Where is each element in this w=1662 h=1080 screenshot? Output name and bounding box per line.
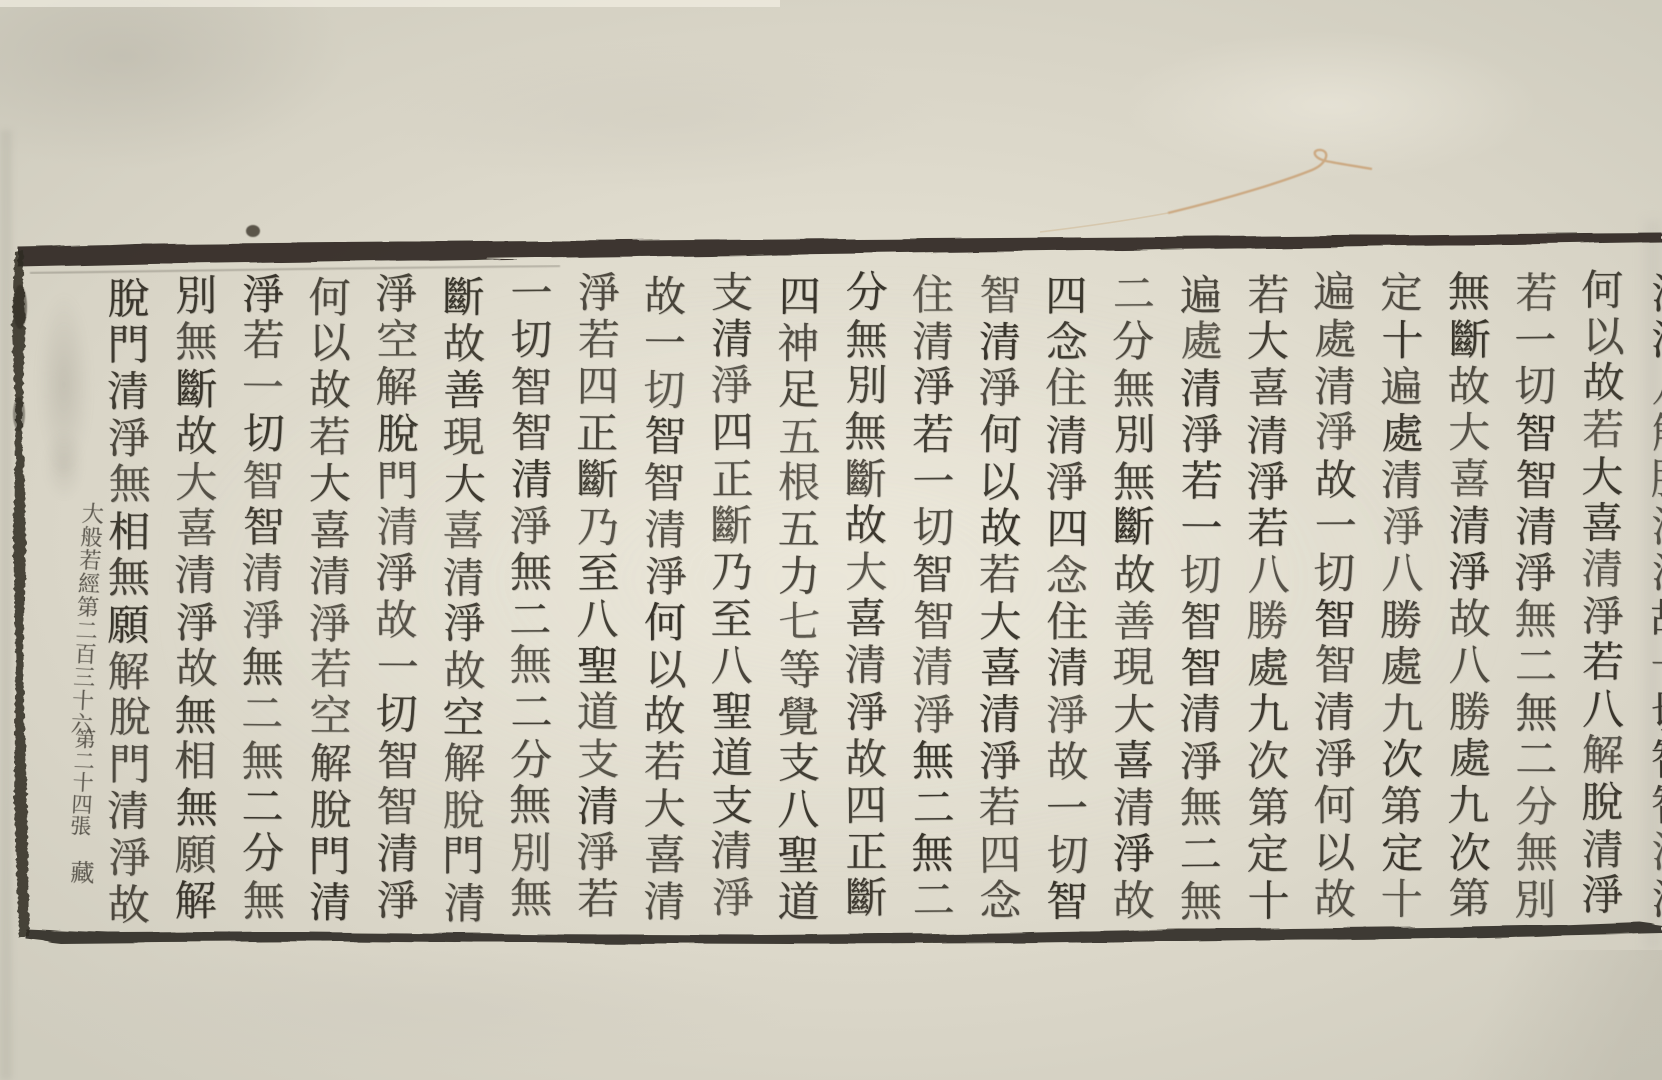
glyph: 故 — [1570, 360, 1632, 407]
glyph: 以 — [965, 459, 1027, 506]
glyph: 故 — [832, 736, 894, 783]
glyph: 遍 — [1167, 272, 1229, 319]
paper-stain — [20, 950, 780, 1070]
glyph: 分 — [1502, 784, 1565, 831]
glyph: 無 — [1167, 879, 1229, 926]
glyph: 力 — [765, 553, 828, 600]
glyph: 十 — [1235, 878, 1297, 925]
glyph: 乃 — [564, 504, 626, 551]
glyph: 清 — [966, 692, 1028, 739]
glyph: 淨 — [966, 738, 1028, 785]
glyph: 淨 — [362, 551, 424, 598]
paper-highlight — [0, 0, 780, 7]
glyph: 何 — [966, 412, 1029, 459]
glyph: 八 — [1234, 553, 1296, 600]
glyph: 清 — [1639, 830, 1662, 877]
glyph: 五 — [765, 507, 827, 554]
glyph: 智 — [631, 413, 693, 460]
glyph: 切 — [899, 505, 961, 552]
glyph: 切 — [1166, 553, 1228, 600]
glyph: 清 — [899, 644, 961, 691]
glyph: 智 — [498, 410, 560, 457]
glyph: 淨 — [1166, 739, 1228, 786]
glyph: 喜 — [429, 508, 491, 555]
glyph: 切 — [630, 368, 692, 415]
glyph: 清 — [698, 316, 760, 363]
glyph: 聖 — [698, 689, 760, 736]
glyph: 若 — [631, 739, 693, 786]
glyph: 五 — [766, 414, 828, 461]
glyph: 二 — [899, 785, 961, 832]
glyph: 一 — [631, 320, 693, 367]
glyph: 切 — [1638, 690, 1662, 737]
glyph: 淨 — [1301, 736, 1363, 783]
glyph: 故 — [1301, 877, 1363, 924]
glyph: 故 — [1637, 597, 1662, 644]
glyph: 無 — [228, 738, 290, 785]
glyph: 淨 — [1302, 410, 1364, 457]
glyph: 清 — [1638, 504, 1662, 551]
glyph: 大 — [1100, 691, 1163, 738]
glyph: 別 — [162, 273, 224, 320]
glyph: 別 — [832, 363, 894, 410]
glyph: 聖 — [764, 834, 826, 881]
glyph: 清 — [1166, 691, 1228, 738]
glyph: 一 — [229, 365, 291, 412]
glyph: 無 — [1099, 366, 1161, 413]
glyph: 住 — [1032, 366, 1094, 413]
glyph: 脫 — [95, 276, 157, 323]
glyph: 清 — [1638, 271, 1662, 318]
glyph: 分 — [229, 830, 291, 877]
glyph: 支 — [698, 270, 760, 317]
text-column: 遍處清淨故一切智智清淨何以故 — [1301, 270, 1363, 923]
glyph: 定 — [1367, 271, 1429, 318]
glyph: 無 — [162, 319, 224, 366]
glyph: 八 — [1435, 643, 1497, 690]
glyph: 二 — [1099, 271, 1161, 318]
glyph: 遍 — [1300, 270, 1362, 317]
glyph: 第 — [1235, 786, 1297, 833]
glyph: 九 — [1368, 691, 1430, 738]
glyph: 若 — [230, 318, 292, 365]
glyph: 淨 — [1639, 551, 1662, 598]
glyph: 一 — [1033, 786, 1095, 833]
glyph: 無 — [229, 644, 291, 691]
glyph: 勝 — [1435, 689, 1497, 736]
glyph: 別 — [1100, 412, 1163, 459]
glyph: 若 — [297, 647, 359, 694]
glyph: 清 — [1300, 690, 1362, 737]
glyph: 清 — [1368, 457, 1430, 504]
glyph: 智 — [1167, 645, 1229, 692]
glyph: 清 — [1033, 645, 1095, 692]
glyph: 一 — [497, 270, 559, 317]
glyph: 喜 — [1234, 365, 1297, 412]
glyph: 淨 — [1568, 593, 1630, 640]
glyph: 清 — [1568, 546, 1630, 593]
glyph: 定 — [1368, 830, 1430, 877]
paper-stain — [0, 0, 350, 170]
fiber-stain — [1168, 150, 1372, 213]
glyph: 大 — [966, 599, 1028, 646]
glyph: 分 — [497, 737, 559, 784]
glyph: 解 — [1639, 411, 1662, 458]
glyph: 無 — [1503, 830, 1565, 877]
glyph: 清 — [631, 507, 693, 554]
glyph: 十 — [1368, 318, 1430, 365]
glyph: 淨 — [1639, 876, 1662, 923]
glyph: 智 — [630, 461, 692, 508]
glyph: 智 — [497, 364, 559, 411]
glyph: 無 — [832, 317, 894, 364]
glyph: 淨 — [1167, 412, 1229, 459]
glyph: 故 — [430, 321, 492, 368]
glyph: 二 — [1502, 736, 1564, 783]
glyph: 大 — [162, 460, 224, 507]
glyph: 無 — [1100, 459, 1163, 506]
glyph: 願 — [94, 603, 156, 650]
glyph: 十 — [1368, 877, 1430, 924]
glyph: 喜 — [163, 506, 225, 553]
glyph: 根 — [765, 460, 827, 507]
glyph: 喜 — [967, 645, 1029, 692]
glyph: 門 — [363, 458, 426, 505]
glyph: 清 — [1502, 504, 1564, 551]
glyph: 故 — [1100, 878, 1162, 925]
text-column: 支清淨四正斷乃至八聖道支清淨 — [698, 270, 760, 923]
glyph: 淨 — [363, 878, 425, 925]
left-border — [12, 250, 29, 938]
paper-stain — [380, 40, 940, 190]
glyph: 處 — [1168, 319, 1230, 366]
glyph: 道 — [563, 690, 625, 737]
glyph: 淨 — [563, 830, 625, 877]
glyph: 九 — [1434, 783, 1496, 830]
glyph: 遍 — [1367, 365, 1429, 412]
glyph: 故 — [631, 274, 693, 321]
glyph: 故 — [1100, 552, 1162, 599]
glyph: 無 — [230, 878, 292, 925]
glyph: 二 — [900, 877, 962, 924]
glyph: 故 — [832, 503, 894, 550]
glyph: 淨 — [1033, 692, 1095, 739]
glyph: 淨 — [229, 272, 291, 319]
glyph: 斷 — [1100, 505, 1162, 552]
glyph: 支 — [564, 737, 626, 784]
text-column: 分無別無斷故大喜清淨故四正斷 — [832, 270, 894, 923]
glyph: 解 — [94, 649, 156, 696]
fiber-stain — [1040, 213, 1168, 232]
margin-note-case-mark: 藏 — [63, 859, 99, 884]
text-column: 二分無別無斷故善現大喜清淨故 — [1100, 272, 1162, 925]
ink-speck — [246, 225, 260, 237]
glyph: 淨 — [697, 363, 759, 410]
seal-smudge — [38, 295, 90, 475]
glyph: 九 — [1234, 692, 1296, 739]
glyph: 大 — [295, 461, 357, 508]
glyph: 淨 — [565, 270, 627, 317]
glyph: 若 — [564, 876, 626, 923]
paper-stain — [1120, 30, 1540, 180]
seal-smudge — [44, 430, 84, 500]
glyph: 八 — [1639, 364, 1662, 411]
glyph: 覺 — [764, 694, 826, 741]
glyph: 別 — [497, 831, 559, 878]
glyph: 智 — [898, 551, 960, 598]
paper-stain — [1420, 950, 1662, 1080]
glyph: 八 — [764, 787, 826, 834]
text-column: 四念住清淨四念住清淨故一切智 — [1033, 273, 1095, 926]
glyph: 清 — [430, 555, 492, 602]
glyph: 相 — [161, 739, 223, 786]
glyph: 智 — [1167, 599, 1229, 646]
glyph: 第 — [1367, 784, 1429, 831]
glyph: 七 — [765, 599, 827, 646]
glyph: 喜 — [631, 833, 693, 880]
glyph: 無 — [496, 783, 558, 830]
glyph: 門 — [96, 742, 158, 789]
text-column: 何以故若大喜清淨若八解脫清淨 — [1569, 267, 1631, 920]
glyph: 清 — [1167, 366, 1229, 413]
glyph: 無 — [899, 738, 961, 785]
glyph: 聖 — [564, 643, 626, 690]
glyph: 若 — [1502, 270, 1564, 317]
glyph: 善 — [1100, 599, 1162, 646]
glyph: 一 — [899, 458, 961, 505]
glyph: 四 — [831, 782, 893, 829]
glyph: 喜 — [832, 596, 894, 643]
glyph: 無 — [1502, 691, 1564, 738]
glyph: 清 — [296, 880, 358, 927]
text-column: 故一切智智清淨何以故若大喜清 — [631, 274, 693, 927]
glyph: 現 — [429, 414, 491, 461]
glyph: 斷 — [697, 503, 759, 550]
glyph: 次 — [1368, 737, 1430, 784]
text-column: 四神足五根五力七等覺支八聖道 — [765, 274, 827, 927]
glyph: 故 — [1302, 457, 1364, 504]
glyph: 清 — [94, 788, 156, 835]
glyph: 智 — [1033, 879, 1095, 926]
glyph: 勝 — [1367, 597, 1429, 644]
glyph: 二 — [497, 690, 559, 737]
glyph: 支 — [698, 783, 760, 830]
glyph: 清 — [363, 504, 425, 551]
glyph: 二 — [1166, 831, 1228, 878]
bottom-border — [26, 922, 1662, 944]
glyph: 若 — [1234, 272, 1296, 319]
glyph: 定 — [1233, 831, 1295, 878]
glyph: 門 — [94, 323, 156, 370]
glyph: 智 — [1301, 596, 1363, 643]
glyph: 故 — [1033, 740, 1095, 787]
glyph: 無 — [497, 876, 559, 923]
glyph: 清 — [1435, 503, 1497, 550]
glyph: 斷 — [563, 457, 625, 504]
glyph: 淨 — [362, 271, 424, 318]
glyph: 處 — [1436, 736, 1498, 783]
text-column: 一切智智清淨無二無二分無別無 — [497, 271, 559, 924]
glyph: 脫 — [364, 411, 426, 458]
glyph: 一 — [364, 644, 426, 691]
glyph: 智 — [364, 738, 426, 785]
glyph: 以 — [1300, 830, 1362, 877]
text-column: 若大喜清淨若八勝處九次第定十 — [1234, 273, 1296, 926]
glyph: 以 — [295, 320, 357, 367]
glyph: 至 — [564, 550, 627, 597]
glyph: 智 — [229, 458, 291, 505]
glyph: 切 — [1501, 363, 1563, 410]
glyph: 脫 — [1638, 456, 1662, 503]
scanned-sutra-sheet: 清淨八解脫清淨故一切智智清淨何以故若大喜清淨若八解脫清淨若一切智智清淨無二無二分… — [0, 0, 1662, 1080]
glyph: 解 — [161, 878, 223, 925]
glyph: 故 — [162, 646, 224, 693]
glyph: 二 — [228, 691, 290, 738]
glyph: 大 — [431, 461, 493, 508]
paper-stain — [0, 130, 12, 1080]
glyph: 喜 — [296, 507, 358, 554]
glyph: 斷 — [831, 456, 893, 503]
glyph: 二 — [496, 597, 558, 644]
glyph: 二 — [228, 784, 290, 831]
glyph: 善 — [430, 368, 492, 415]
glyph: 淨 — [95, 836, 157, 883]
glyph: 次 — [1234, 738, 1296, 785]
glyph: 無 — [1501, 597, 1563, 644]
glyph: 念 — [1033, 553, 1095, 600]
glyph: 淨 — [965, 365, 1027, 412]
glyph: 足 — [765, 367, 827, 414]
glyph: 淨 — [295, 601, 357, 648]
glyph: 解 — [297, 741, 359, 788]
text-column: 若一切智智清淨無二無二分無別 — [1502, 271, 1564, 924]
glyph: 分 — [1099, 319, 1161, 366]
text-column: 斷故善現大喜清淨故空解脫門清 — [430, 275, 492, 928]
glyph: 解 — [362, 364, 424, 411]
glyph: 智 — [1502, 458, 1564, 505]
glyph: 清 — [1100, 785, 1162, 832]
glyph: 何 — [1300, 783, 1363, 830]
glyph: 等 — [766, 647, 828, 694]
glyph: 別 — [1501, 877, 1563, 924]
glyph: 清 — [697, 829, 759, 876]
glyph: 智 — [1637, 737, 1662, 784]
glyph: 二 — [1502, 644, 1564, 691]
glyph: 清 — [296, 554, 358, 601]
glyph: 無 — [161, 693, 223, 740]
glyph: 若 — [296, 415, 358, 462]
glyph: 一 — [1501, 317, 1563, 364]
glyph: 清 — [966, 320, 1028, 367]
glyph: 淨 — [1501, 550, 1563, 597]
text-column-partial: 清淨八解脫清淨故一切智智清淨 — [1638, 271, 1662, 924]
glyph: 脫 — [1568, 780, 1630, 827]
glyph: 斷 — [429, 275, 491, 322]
glyph: 若 — [1569, 639, 1631, 686]
glyph: 故 — [966, 506, 1028, 553]
glyph: 清 — [831, 643, 893, 690]
glyph: 無 — [831, 409, 893, 456]
glyph: 淨 — [163, 600, 225, 647]
glyph: 何 — [631, 600, 693, 647]
glyph: 乃 — [698, 549, 760, 596]
glyph: 淨 — [1369, 505, 1431, 552]
glyph: 淨 — [228, 598, 291, 645]
glyph: 念 — [966, 878, 1028, 925]
glyph: 切 — [362, 691, 424, 738]
glyph: 喜 — [1099, 738, 1161, 785]
glyph: 淨 — [1435, 549, 1497, 596]
glyph: 無 — [898, 831, 960, 878]
glyph: 清 — [364, 831, 426, 878]
glyph: 清 — [1233, 413, 1295, 460]
glyph: 清 — [228, 551, 290, 598]
glyph: 淨 — [95, 416, 157, 463]
glyph: 故 — [431, 648, 493, 695]
text-column: 遍處清淨若一切智智清淨無二無 — [1167, 273, 1229, 926]
text-column: 無斷故大喜清淨故八勝處九次第 — [1435, 270, 1497, 923]
glyph: 切 — [497, 317, 559, 364]
glyph: 智 — [966, 273, 1028, 320]
glyph: 故 — [95, 882, 157, 929]
glyph: 四 — [966, 832, 1029, 879]
glyph: 淨 — [1233, 459, 1295, 506]
glyph: 處 — [1301, 316, 1364, 363]
glyph: 一 — [1302, 504, 1364, 551]
glyph: 四 — [564, 364, 626, 411]
glyph: 八 — [698, 643, 760, 690]
glyph: 一 — [1167, 505, 1229, 552]
text-column: 淨若一切智智清淨無二無二分無 — [229, 272, 291, 925]
glyph: 以 — [632, 647, 694, 694]
glyph: 淨 — [1099, 831, 1161, 878]
glyph: 念 — [1032, 319, 1094, 366]
glyph: 處 — [1368, 411, 1430, 458]
text-column: 何以故若大喜清淨若空解脫門清 — [296, 275, 358, 928]
glyph: 若 — [565, 317, 627, 364]
glyph: 門 — [429, 834, 491, 881]
text-column: 定十遍處清淨八勝處九次第定十 — [1368, 271, 1430, 924]
glyph: 智 — [230, 504, 292, 551]
glyph: 解 — [1569, 733, 1631, 780]
glyph: 切 — [230, 411, 292, 458]
glyph: 無 — [162, 785, 224, 832]
glyph: 四 — [766, 274, 828, 321]
glyph: 大 — [832, 549, 894, 596]
glyph: 分 — [833, 269, 895, 316]
ink-blot — [13, 397, 25, 431]
glyph: 次 — [1436, 830, 1498, 877]
glyph: 故 — [162, 414, 224, 461]
glyph: 八 — [1569, 686, 1631, 733]
glyph: 八 — [1368, 551, 1430, 598]
margin-note-text: 藏 — [66, 860, 95, 885]
glyph: 淨 — [832, 689, 895, 736]
glyph: 四 — [698, 409, 760, 456]
text-column: 脫門清淨無相無願解脫門清淨故 — [95, 276, 157, 929]
glyph: 若 — [966, 552, 1028, 599]
glyph: 何 — [295, 274, 357, 321]
glyph: 斷 — [1436, 317, 1498, 364]
glyph: 斷 — [832, 875, 894, 922]
glyph: 智 — [1301, 642, 1363, 689]
glyph: 故 — [1436, 596, 1498, 643]
glyph: 四 — [1033, 506, 1095, 553]
glyph: 至 — [697, 597, 759, 644]
glyph: 淨 — [496, 503, 558, 550]
glyph: 清 — [630, 879, 692, 926]
glyph: 空 — [429, 694, 491, 741]
